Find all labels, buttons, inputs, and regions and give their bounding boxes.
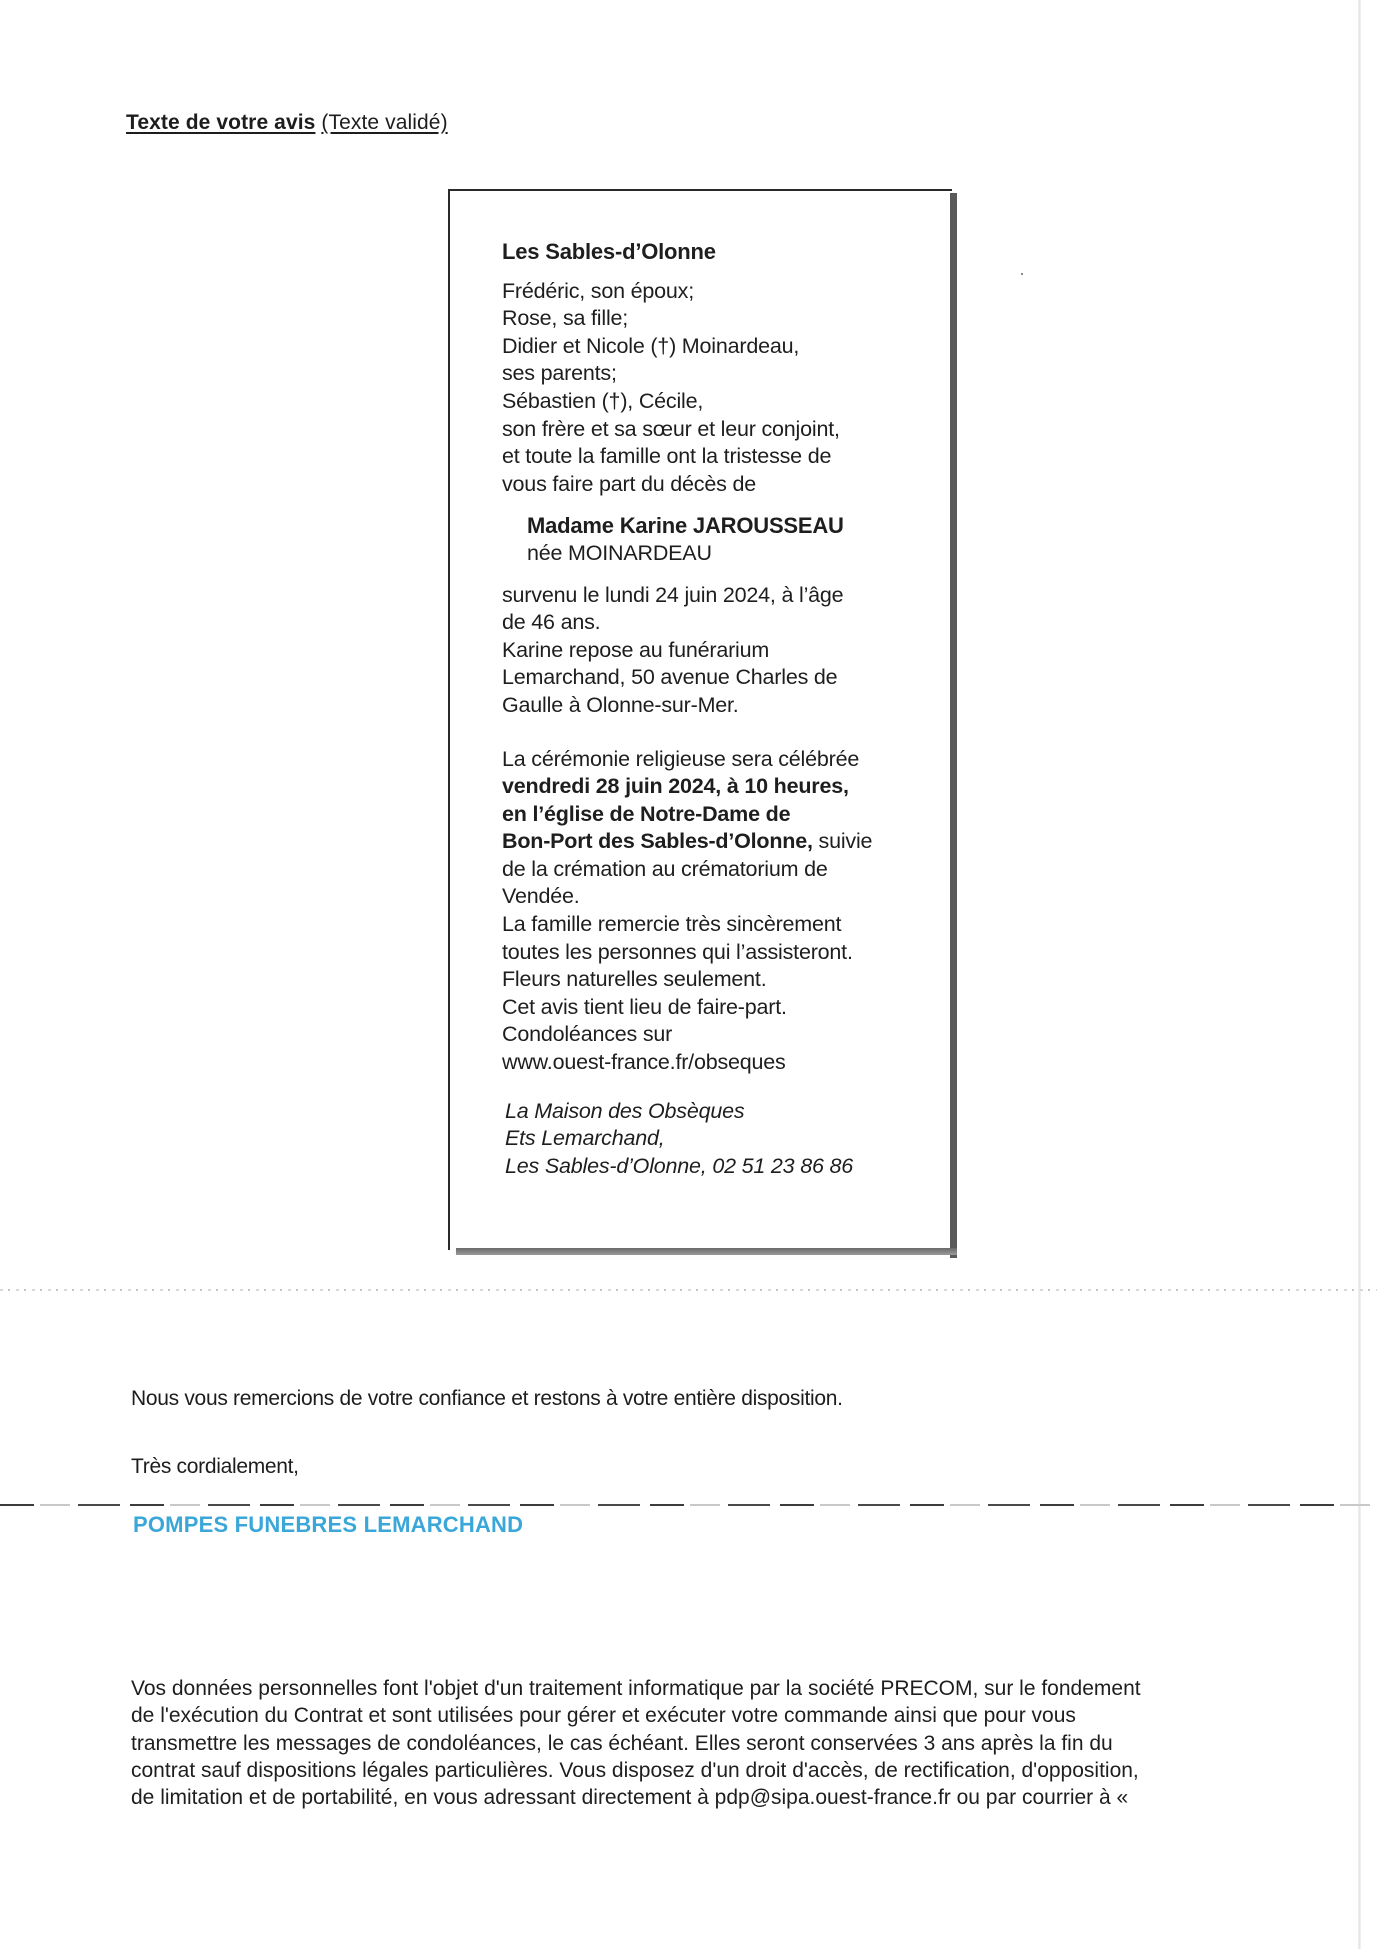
death-line: de 46 ans. [502,609,942,637]
notice-place: Les Sables-d’Olonne [502,238,942,266]
family-list: Frédéric, son époux; Rose, sa fille; Did… [502,278,942,499]
privacy-line: de limitation et de portabilité, en vous… [131,1784,1291,1811]
heading-status: (Texte validé) [321,111,447,134]
signature-line: Ets Lemarchand, [505,1125,942,1153]
closing-line: La famille remercie très sincèrement [502,911,942,939]
maiden-name: née MOINARDEAU [527,540,942,568]
ceremony-date: vendredi 28 juin 2024, à 10 heures, [502,773,942,801]
funeral-home-signature: La Maison des Obsèques Ets Lemarchand, L… [502,1098,942,1181]
family-line: Rose, sa fille; [502,305,942,333]
family-line: ses parents; [502,360,942,388]
death-line: Karine repose au funérarium [502,637,942,665]
privacy-line: contrat sauf dispositions légales partic… [131,1757,1291,1784]
family-line: vous faire part du décès de [502,471,942,499]
privacy-line: Vos données personnelles font l'objet d'… [131,1675,1291,1702]
family-line: Sébastien (†), Cécile, [502,388,942,416]
condolences-url: www.ouest-france.fr/obseques [502,1049,942,1077]
privacy-notice: Vos données personnelles font l'objet d'… [131,1675,1291,1811]
family-line: Didier et Nicole (†) Moinardeau, [502,333,942,361]
signature-line: La Maison des Obsèques [505,1098,942,1126]
scan-speck [1021,273,1023,275]
ceremony-suffix: suivie [813,829,873,853]
thanks-text: Nous vous remercions de votre confiance … [131,1387,843,1411]
closing-line: Fleurs naturelles seulement. [502,966,942,994]
section-heading: Texte de votre avis (Texte validé) [126,111,448,135]
closing-line: Cet avis tient lieu de faire-part. [502,994,942,1022]
closing-line: Condoléances sur [502,1021,942,1049]
family-line: et toute la famille ont la tristesse de [502,443,942,471]
dashed-separator [0,1504,1377,1506]
closing-line: toutes les personnes qui l’assisteront. [502,939,942,967]
scan-separator [0,1289,1377,1291]
ceremony-place-cont: Bon-Port des Sables-d’Olonne, [502,829,813,853]
death-line: survenu le lundi 24 juin 2024, à l’âge [502,582,942,610]
ceremony-intro: La cérémonie religieuse sera célébrée [502,746,942,774]
scan-edge [1358,0,1361,1949]
privacy-line: de l'exécution du Contrat et sont utilis… [131,1702,1291,1729]
obituary-notice-content: Les Sables-d’Olonne Frédéric, son époux;… [502,238,942,1180]
ceremony-line: Vendée. [502,883,942,911]
privacy-line: transmettre les messages de condoléances… [131,1730,1291,1757]
signature-line: Les Sables-d’Olonne, 02 51 23 86 86 [505,1153,942,1181]
death-details: survenu le lundi 24 juin 2024, à l’âge d… [502,582,942,720]
deceased-block: Madame Karine JAROUSSEAU née MOINARDEAU [502,512,942,567]
ceremony-place: en l’église de Notre-Dame de [502,801,942,829]
death-line: Lemarchand, 50 avenue Charles de [502,664,942,692]
closing-details: La famille remercie très sincèrement tou… [502,911,942,1077]
family-line: Frédéric, son époux; [502,278,942,306]
closing-text: Très cordialement, [131,1455,299,1479]
deceased-name: Madame Karine JAROUSSEAU [527,512,942,540]
company-name: POMPES FUNEBRES LEMARCHAND [133,1512,523,1538]
family-line: son frère et sa sœur et leur conjoint, [502,416,942,444]
death-line: Gaulle à Olonne-sur-Mer. [502,692,942,720]
ceremony-details: La cérémonie religieuse sera célébrée ve… [502,746,942,912]
heading-title: Texte de votre avis [126,111,315,134]
ceremony-line: de la crémation au crématorium de [502,856,942,884]
